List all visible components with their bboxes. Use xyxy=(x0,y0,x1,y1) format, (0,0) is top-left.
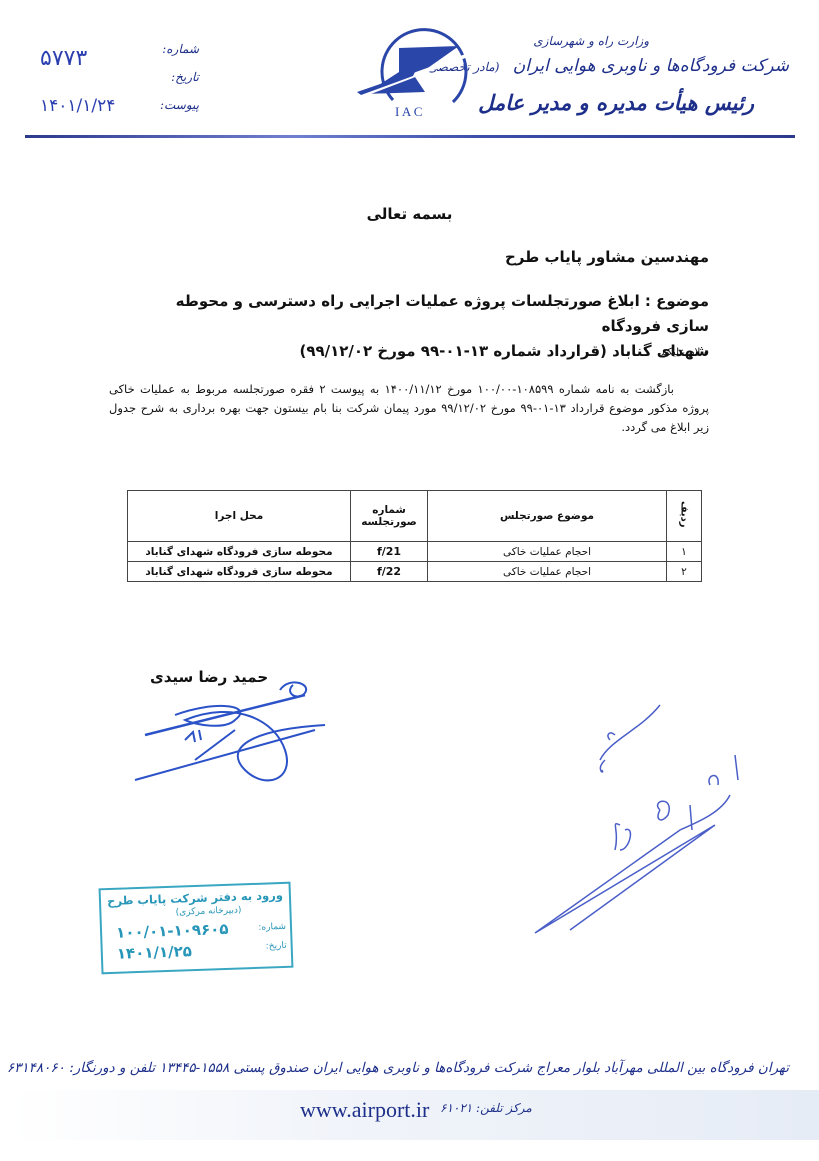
signature-icon xyxy=(115,670,355,790)
office-title: رئیس هیأت مدیره و مدیر عامل xyxy=(478,90,754,115)
cell-row-number: ۲ xyxy=(667,562,702,582)
iac-logo-icon: I A C xyxy=(355,22,485,122)
cell-location: محوطه سازی فرودگاه شهدای گناباد xyxy=(128,542,351,562)
stamp-number-label: شماره: xyxy=(258,922,286,933)
handwritten-note xyxy=(510,700,780,940)
cell-location: محوطه سازی فرودگاه شهدای گناباد xyxy=(128,562,351,582)
bismillah-heading: بسمه تعالی xyxy=(0,205,819,223)
stamp-date-label: تاریخ: xyxy=(266,941,287,952)
cell-subject: احجام عملیات خاکی xyxy=(428,542,667,562)
subject: موضوع : ابلاغ صورتجلسات پروژه عملیات اجر… xyxy=(139,289,709,364)
body-paragraph-text: بازگشت به نامه شماره ۱۰۸۵۹۹-۱۰۰/۰۰ مورخ … xyxy=(109,382,709,434)
header-location: محل اجرا xyxy=(128,491,351,542)
signature-scribble xyxy=(115,670,355,790)
reception-stamp: ورود به دفتر شرکت پایاب طرح (دبیرخانه مر… xyxy=(99,882,294,975)
header-minutes-number: شماره صورتجلسه xyxy=(351,491,428,542)
footer-website-link[interactable]: www.airport.ir xyxy=(300,1097,429,1123)
stamp-subtitle: (دبیرخانه مرکزی) xyxy=(175,905,241,917)
letter-number: ۵۷۷۳ xyxy=(40,46,87,71)
header-row-number: ردیف xyxy=(667,491,702,542)
body-paragraph: بازگشت به نامه شماره ۱۰۸۵۹۹-۱۰۰/۰۰ مورخ … xyxy=(109,380,709,437)
date-label: تاریخ: xyxy=(171,70,199,84)
greeting: سلام علیکم xyxy=(661,347,709,358)
attachment-label: پیوست: xyxy=(160,98,199,112)
subject-line-1: موضوع : ابلاغ صورتجلسات پروژه عملیات اجر… xyxy=(139,289,709,339)
company-name-text: شرکت فرودگاه‌ها و ناوبری هوایی ایران xyxy=(513,56,789,76)
signer-name: حمید رضا سیدی xyxy=(150,668,268,686)
footer-phone-center: مرکز تلفن: ۶۱۰۲۱ xyxy=(440,1101,532,1115)
header-subject: موضوع صورتجلس xyxy=(428,491,667,542)
logo-text: I A C xyxy=(395,104,422,119)
stamp-number-value: ۱۰۰/۰۱-۱۰۹۶۰۵ xyxy=(116,920,229,942)
cell-minutes-number: f/21 xyxy=(351,542,428,562)
table-row: ۱ احجام عملیات خاکی f/21 محوطه سازی فرود… xyxy=(128,542,702,562)
handwriting-icon xyxy=(510,700,780,940)
stamp-date-value: ۱۴۰۱/۱/۲۵ xyxy=(117,942,193,963)
recipient: مهندسین مشاور پایاب طرح xyxy=(505,248,709,266)
minutes-table: ردیف موضوع صورتجلس شماره صورتجلسه محل اج… xyxy=(127,490,702,582)
table-header-row: ردیف موضوع صورتجلس شماره صورتجلسه محل اج… xyxy=(128,491,702,542)
stamp-title: ورود به دفتر شرکت پایاب طرح xyxy=(107,888,283,908)
subject-line-2: شهدای گناباد (قرارداد شماره ۱۳-۰۱-۹۹ مور… xyxy=(139,339,709,364)
ministry-name: وزارت راه و شهرسازی xyxy=(533,34,649,48)
cell-minutes-number: f/22 xyxy=(351,562,428,582)
table-row: ۲ احجام عملیات خاکی f/22 محوطه سازی فرود… xyxy=(128,562,702,582)
footer-address: تهران فرودگاه بین المللی مهرآباد بلوار م… xyxy=(7,1060,789,1076)
iac-logo: I A C xyxy=(355,22,485,122)
cell-subject: احجام عملیات خاکی xyxy=(428,562,667,582)
header-divider xyxy=(25,135,795,138)
cell-row-number: ۱ xyxy=(667,542,702,562)
letter-date: ۱۴۰۱/۱/۲۴ xyxy=(40,96,115,116)
number-label: شماره: xyxy=(162,42,199,56)
